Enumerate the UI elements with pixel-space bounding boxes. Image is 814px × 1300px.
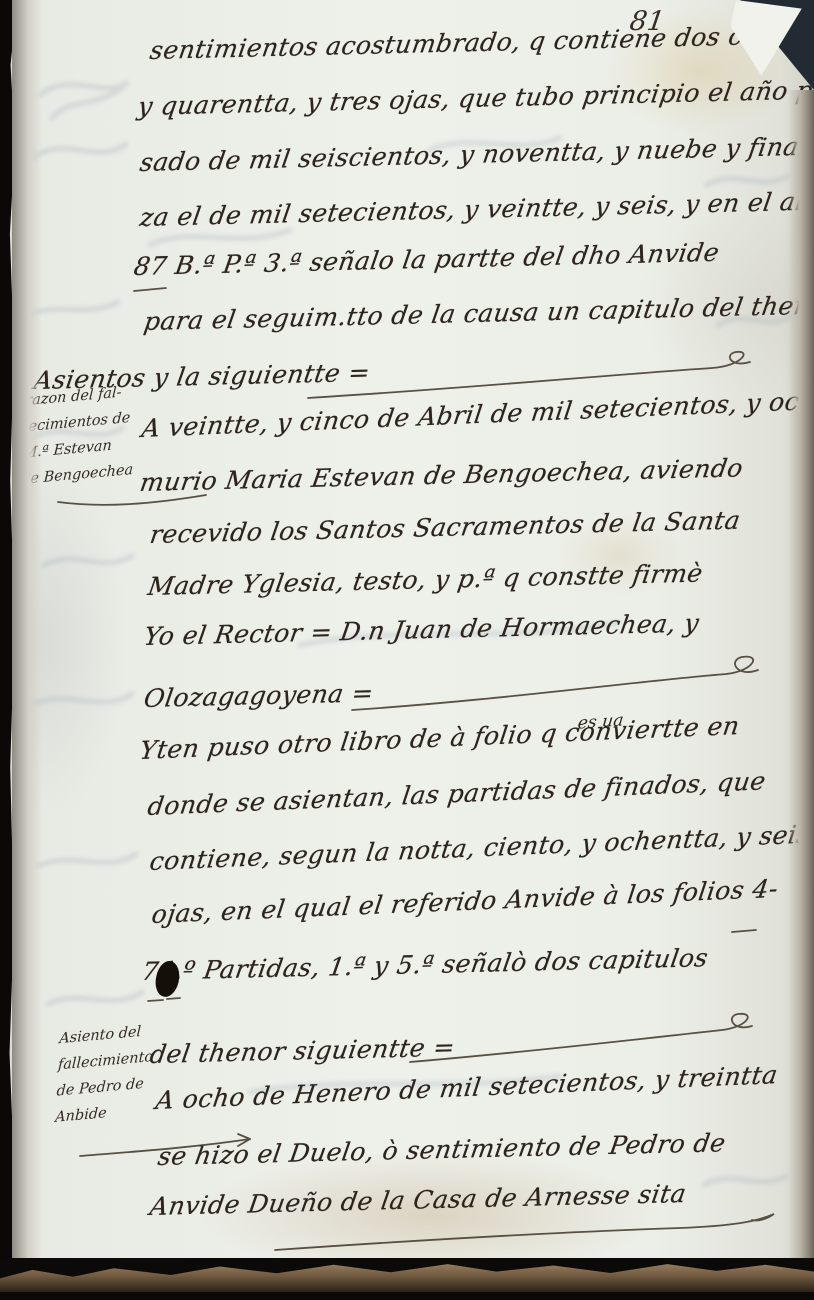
- interlinear-insertion: es ua: [577, 710, 625, 733]
- deckled-edge-texture: [0, 1258, 814, 1292]
- margin-note-anbide: Asiento del fallecimiento de Pedro de An…: [55, 1015, 190, 1131]
- page-right-edge: [788, 90, 814, 1270]
- manuscript-line: Olozagagoyena =: [142, 678, 376, 713]
- page-gutter-shadow: [12, 0, 42, 1300]
- manuscript-scan: 81 sentimientos acostumbrado, q contiene…: [0, 0, 814, 1300]
- page-bottom-worn-edge: [0, 1258, 814, 1300]
